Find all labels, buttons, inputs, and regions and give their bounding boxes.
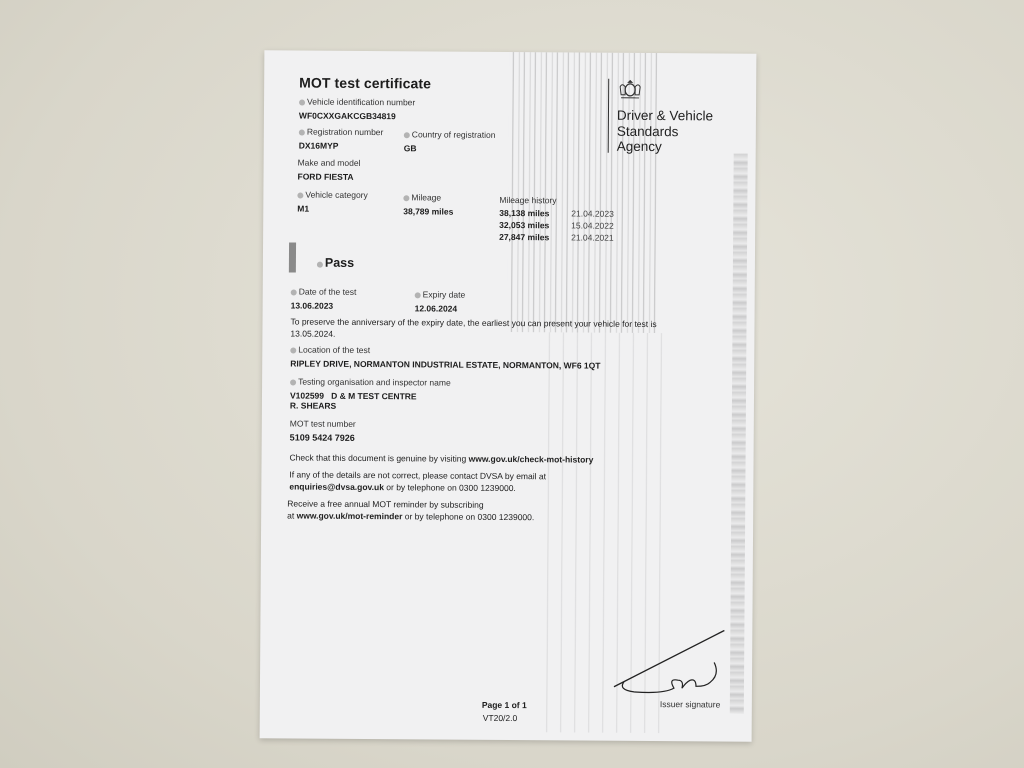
agency-line: Standards [617,123,713,139]
info-icon [317,261,323,267]
contact-phone-text: or by telephone on 0300 1239000. [384,482,516,493]
country-label: Country of registration [404,129,496,140]
reminder-text: Receive a free annual MOT reminder by su… [287,498,483,509]
mileage-history-label: Mileage history [499,195,556,205]
test-date-label: Date of the test [291,286,357,296]
result-value: Pass [325,256,354,270]
registration-value: DX16MYP [299,141,339,151]
history-miles: 27,847 miles [499,232,571,243]
make-model-label: Make and model [298,158,361,168]
check-genuine-text: Check that this document is genuine by v… [290,452,594,464]
agency-name: Driver & Vehicle Standards Agency [617,108,713,155]
info-icon [404,132,410,138]
calendar-icon [291,289,297,295]
test-number-value: 5109 5424 7926 [290,432,355,442]
history-date: 21.04.2021 [571,232,614,242]
result: Pass [317,254,354,272]
info-icon [403,195,409,201]
reminder-line-2: at www.gov.uk/mot-reminder or by telepho… [287,510,534,522]
testing-org-label-text: Testing organisation and inspector name [298,377,451,388]
category-value: M1 [297,204,309,214]
history-date: 15.04.2022 [571,220,614,230]
location-value: RIPLEY DRIVE, NORMANTON INDUSTRIAL ESTAT… [290,358,600,370]
agency-line: Driver & Vehicle [617,108,713,124]
document-title: MOT test certificate [299,75,431,92]
test-date-value: 13.06.2023 [291,300,334,310]
mileage-history-row: 38,138 miles21.04.2023 [499,208,614,219]
location-icon [290,347,296,353]
mileage-history-list: 38,138 miles21.04.2023 32,053 miles15.04… [499,208,614,243]
country-label-text: Country of registration [412,129,496,140]
mot-reminder-link[interactable]: www.gov.uk/mot-reminder [297,511,403,522]
page-number: Page 1 of 1 [482,700,527,710]
history-miles: 38,138 miles [499,208,571,219]
mileage-value: 38,789 miles [403,206,453,216]
mileage-label: Mileage [403,192,441,202]
info-icon [290,379,296,385]
vin-label-text: Vehicle identification number [307,97,415,108]
contact-line-2: enquiries@dvsa.gov.uk or by telephone on… [289,481,516,493]
info-icon [297,192,303,198]
contact-email-link[interactable]: enquiries@dvsa.gov.uk [289,481,384,492]
test-date-label-text: Date of the test [299,287,357,297]
royal-crest-icon [617,79,643,99]
category-label: Vehicle category [297,190,367,200]
reminder-phone-text: or by telephone on 0300 1239000. [402,511,534,522]
expiry-date-label-text: Expiry date [423,289,466,299]
anniversary-note: To preserve the anniversary of the expir… [290,316,656,329]
inspector-name: R. SHEARS [290,400,336,410]
location-label-text: Location of the test [298,345,370,356]
mot-certificate-paper: MOT test certificate Driver & Vehicle St… [260,50,757,741]
form-code: VT20/2.0 [483,713,518,723]
check-mot-history-link[interactable]: www.gov.uk/check-mot-history [469,454,594,465]
category-label-text: Vehicle category [305,190,367,200]
issuer-signature-label: Issuer signature [660,699,721,709]
history-miles: 32,053 miles [499,220,571,231]
registration-label: Registration number [299,127,384,138]
test-number-label: MOT test number [290,418,356,428]
mileage-history-row: 32,053 miles15.04.2022 [499,220,614,231]
location-label: Location of the test [290,344,370,355]
history-date: 21.04.2023 [571,208,614,218]
vin-value: WF0CXXGAKCGB34819 [299,111,396,122]
agency-line: Agency [617,139,713,155]
info-icon [299,99,305,105]
calendar-icon [415,292,421,298]
anniversary-date: 13.05.2024. [290,328,335,338]
contact-text: If any of the details are not correct, p… [289,469,546,481]
result-bar [289,242,296,272]
issuer-signature [610,627,740,700]
check-text: Check that this document is genuine by v… [290,452,469,463]
mileage-label-text: Mileage [411,192,441,202]
vin-label: Vehicle identification number [299,97,415,108]
expiry-date-value: 12.06.2024 [415,303,458,313]
expiry-date-label: Expiry date [415,289,466,299]
testing-org-label: Testing organisation and inspector name [290,376,451,387]
mileage-history-row: 27,847 miles21.04.2021 [499,232,614,243]
country-value: GB [404,143,417,153]
registration-label-text: Registration number [307,127,384,138]
info-icon [299,129,305,135]
make-model-value: FORD FIESTA [297,172,353,182]
dvsa-logo: Driver & Vehicle Standards Agency [608,79,714,154]
